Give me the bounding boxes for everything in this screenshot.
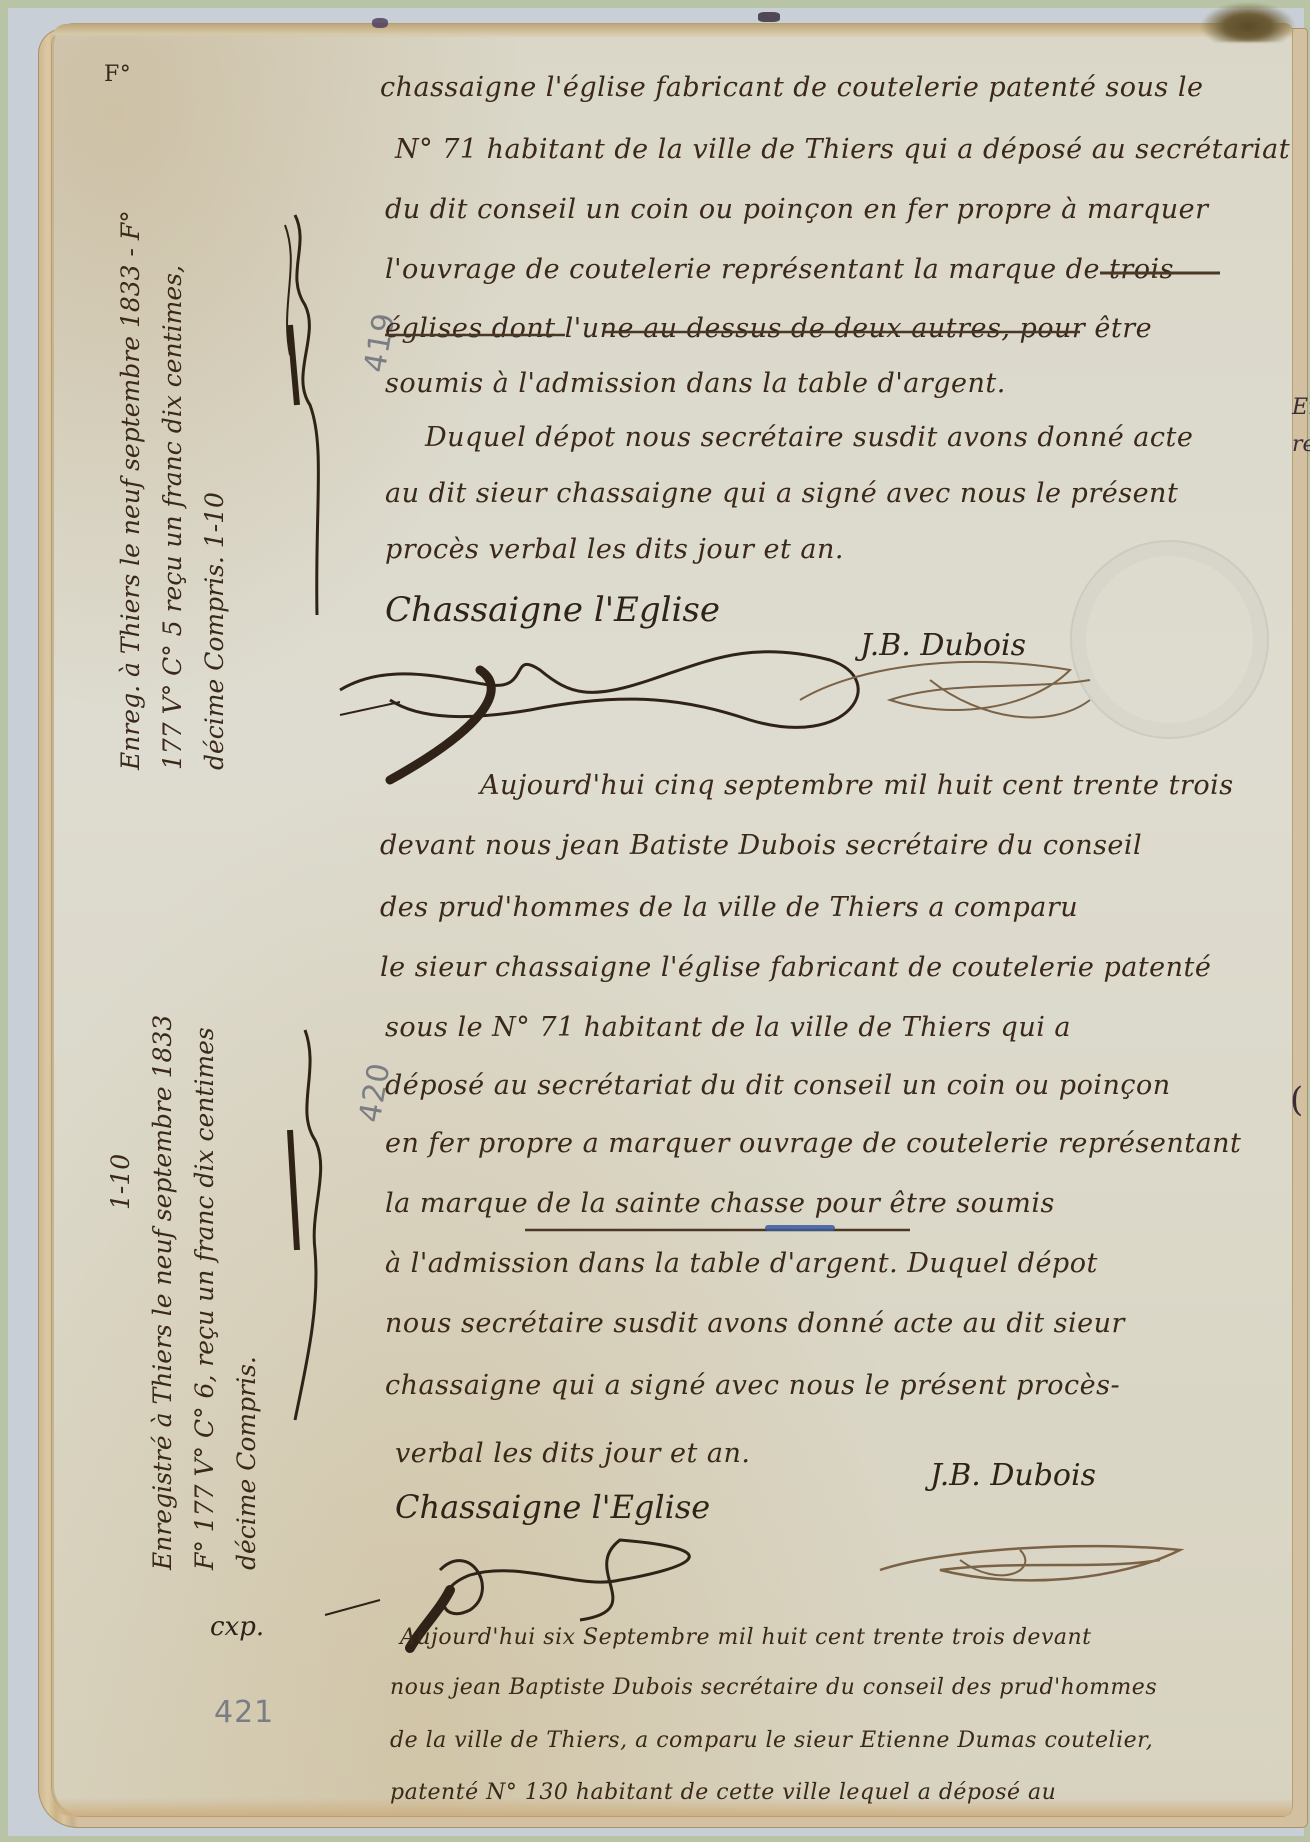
signature-flourish-icon [330, 640, 1110, 780]
margin-line: décime Compris. [226, 1015, 268, 1570]
text-line: sous le N° 71 habitant de la ville de Th… [385, 1012, 1071, 1043]
text-line: devant nous jean Batiste Dubois secrétai… [380, 830, 1142, 861]
underline-strokes [520, 1225, 920, 1245]
pencil-folio-number: 421 [214, 1695, 274, 1730]
text-line: N° 71 habitant de la ville de Thiers qui… [395, 134, 1290, 165]
edge-text-fragment: ( [1290, 1080, 1303, 1120]
text-line: chassaigne l'église fabricant de coutele… [380, 72, 1203, 103]
text-line: la marque de la sainte chasse pour être … [385, 1188, 1055, 1219]
text-line: des prud'hommes de la ville de Thiers a … [380, 892, 1078, 923]
text-line: nous secrétaire susdit avons donné acte … [385, 1308, 1125, 1339]
blue-pencil-mark [765, 1225, 835, 1231]
text-line: Duquel dépot nous secrétaire susdit avon… [425, 422, 1193, 453]
text-line: du dit conseil un coin ou poinçon en fer… [385, 194, 1209, 225]
text-line: en fer propre a marquer ouvrage de coute… [385, 1128, 1241, 1159]
signature-chassaigne: Chassaigne l'Eglise [395, 1488, 710, 1526]
underline-strokes [380, 240, 1260, 340]
signature-dubois: J.B. Dubois [930, 1458, 1096, 1493]
text-line: Aujourd'hui cinq septembre mil huit cent… [480, 770, 1234, 801]
binding-thread [1200, 2, 1296, 42]
paraph-icon [275, 1010, 365, 1430]
margin-note: cxp. [210, 1612, 264, 1642]
text-line: au dit sieur chassaigne qui a signé avec… [385, 478, 1178, 509]
margin-line: Enregistré à Thiers le neuf septembre 18… [142, 1015, 184, 1570]
text-line: nous jean Baptiste Dubois secrétaire du … [390, 1675, 1157, 1700]
text-line: soumis à l'admission dans la table d'arg… [385, 368, 1006, 399]
edge-text-fragment: re [1292, 432, 1310, 457]
ink-stain [372, 18, 388, 28]
text-line: déposé au secrétariat du dit conseil un … [385, 1070, 1171, 1101]
folio-mark: F° [104, 62, 131, 87]
edge-text-fragment: En [1292, 395, 1310, 420]
text-line: procès verbal les dits jour et an. [385, 534, 844, 565]
text-line: chassaigne qui a signé avec nous le prés… [385, 1370, 1120, 1401]
paraph-icon [265, 205, 355, 625]
text-line: de la ville de Thiers, a comparu le sieu… [390, 1728, 1153, 1753]
signature-chassaigne: Chassaigne l'Eglise [385, 590, 720, 630]
text-line: patenté N° 130 habitant de cette ville l… [390, 1780, 1056, 1805]
text-line: le sieur chassaigne l'église fabricant d… [380, 952, 1211, 983]
text-line: Aujourd'hui six Septembre mil huit cent … [400, 1625, 1092, 1650]
margin-line: décime Compris. 1-10 [194, 210, 236, 770]
margin-header: 1-10 [100, 1015, 142, 1570]
text-line: à l'admission dans la table d'argent. Du… [385, 1248, 1098, 1279]
ink-stain [758, 12, 780, 22]
margin-line: F° 177 V° C° 6, reçu un franc dix centim… [184, 1015, 226, 1570]
margin-annotation-2: 1-10 Enregistré à Thiers le neuf septemb… [100, 1015, 268, 1570]
margin-line: 177 V° C° 5 reçu un franc dix centimes, [152, 210, 194, 770]
margin-annotation-1: Enreg. à Thiers le neuf septembre 1833 -… [110, 210, 236, 770]
text-line: verbal les dits jour et an. [395, 1438, 750, 1469]
margin-line: Enreg. à Thiers le neuf septembre 1833 -… [110, 210, 152, 770]
